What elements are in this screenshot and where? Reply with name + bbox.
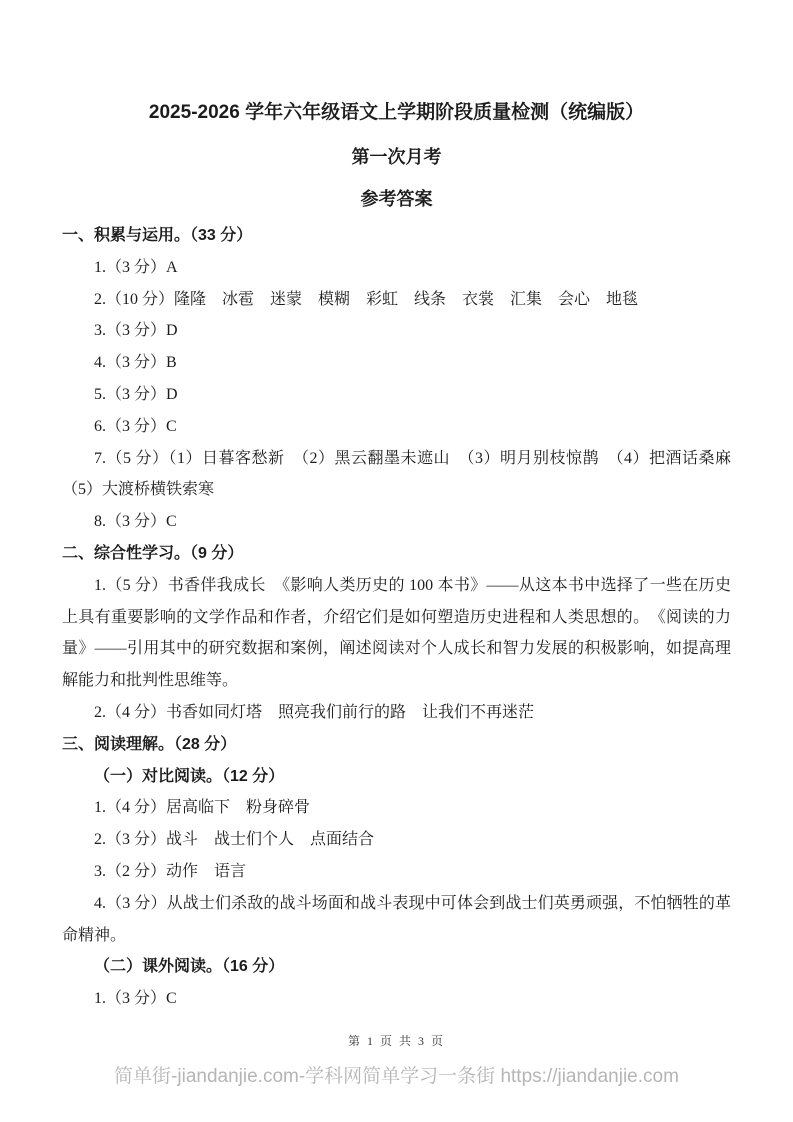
answer-line: 8.（3 分）C (62, 506, 731, 538)
answer-line: 6.（3 分）C (62, 411, 731, 443)
subsection-2-heading: （二）课外阅读。（16 分） (62, 951, 731, 983)
answer-line: 3.（3 分）D (62, 315, 731, 347)
answer-line: 1.（5 分）书香伴我成长 《影响人类历史的 100 本书》——从这本书中选择了… (62, 570, 731, 697)
answer-line: 1.（4 分）居高临下 粉身碎骨 (62, 792, 731, 824)
answer-line: 1.（3 分）A (62, 252, 731, 284)
answer-line: 2.（10 分）隆隆 冰雹 迷蒙 模糊 彩虹 线条 衣裳 汇集 会心 地毯 (62, 284, 731, 316)
answer-line: 4.（3 分）B (62, 347, 731, 379)
answer-line: 1.（3 分）C (62, 983, 731, 1015)
answer-header: 参考答案 (62, 186, 731, 212)
document-body: 2025-2026 学年六年级语文上学期阶段质量检测（统编版） 第一次月考 参考… (62, 100, 731, 1015)
document-page: 2025-2026 学年六年级语文上学期阶段质量检测（统编版） 第一次月考 参考… (0, 0, 793, 1122)
answer-line: 5.（3 分）D (62, 379, 731, 411)
answer-line: 2.（4 分）书香如同灯塔 照亮我们前行的路 让我们不再迷茫 (62, 697, 731, 729)
answer-line: 7.（5 分）（1）日暮客愁新 （2）黑云翻墨未遮山 （3）明月别枝惊鹊 （4）… (62, 443, 731, 507)
section-2-heading: 二、综合性学习。（9 分） (62, 538, 731, 570)
watermark: 简单街-jiandanjie.com-学科网简单学习一条街 https://ji… (0, 1064, 793, 1090)
answer-line: 2.（3 分）战斗 战士们个人 点面结合 (62, 824, 731, 856)
answer-lines: 一、积累与运用。（33 分） 1.（3 分）A 2.（10 分）隆隆 冰雹 迷蒙… (62, 220, 731, 1015)
exam-name: 第一次月考 (62, 144, 731, 170)
answer-line: 4.（3 分）从战士们杀敌的战斗场面和战斗表现中可体会到战士们英勇顽强，不怕牺牲… (62, 888, 731, 952)
page-number: 第 1 页 共 3 页 (0, 1033, 793, 1049)
document-title: 2025-2026 学年六年级语文上学期阶段质量检测（统编版） (62, 100, 731, 126)
section-1-heading: 一、积累与运用。（33 分） (62, 220, 731, 252)
subsection-1-heading: （一）对比阅读。（12 分） (62, 761, 731, 793)
section-3-heading: 三、阅读理解。（28 分） (62, 729, 731, 761)
answer-line: 3.（2 分）动作 语言 (62, 856, 731, 888)
